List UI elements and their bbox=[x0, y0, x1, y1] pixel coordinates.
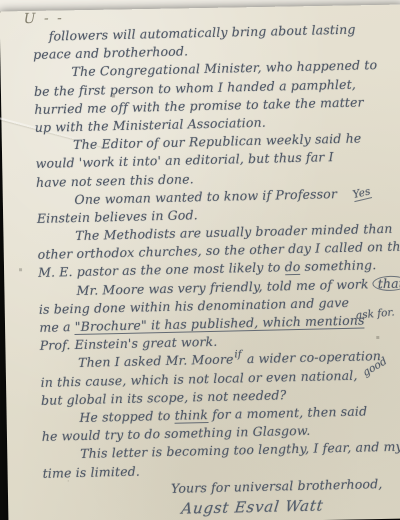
letter-text-segment: peace and brotherhood. bbox=[33, 44, 188, 63]
letter-text-segment: Prof. Einstein's great work. bbox=[40, 334, 218, 353]
letter-text-segment: think bbox=[174, 407, 208, 424]
paper-specks bbox=[0, 12, 1, 13]
letter-text-segment: have not seen this done. bbox=[36, 171, 194, 190]
corner-annotation: U - - bbox=[24, 10, 64, 27]
letter-text-segment: He stopped to bbox=[79, 408, 175, 425]
letter-text-segment: a wider co-operation bbox=[243, 348, 382, 366]
letter-text-segment: that bbox=[373, 275, 400, 291]
letter-lines: followers will automatically bring about… bbox=[33, 20, 399, 483]
letter-page: U - - followers will automatically bring… bbox=[0, 5, 400, 520]
letter-text-segment: me a bbox=[39, 319, 75, 335]
letter-body: followers will automatically bring about… bbox=[33, 20, 400, 520]
letter-text-segment: Then I asked Mr. Moore bbox=[78, 352, 234, 371]
letter-text-segment: something. bbox=[300, 258, 376, 275]
letter-text-segment: time is limited. bbox=[42, 463, 140, 480]
letter-text-segment: for a moment, then said bbox=[208, 403, 367, 422]
letter-text-segment: Einstein believes in God. bbox=[37, 207, 198, 226]
letter-text-segment: do bbox=[284, 259, 300, 275]
margin-note: Yes bbox=[352, 185, 372, 201]
letter-text-segment: if bbox=[234, 350, 241, 361]
